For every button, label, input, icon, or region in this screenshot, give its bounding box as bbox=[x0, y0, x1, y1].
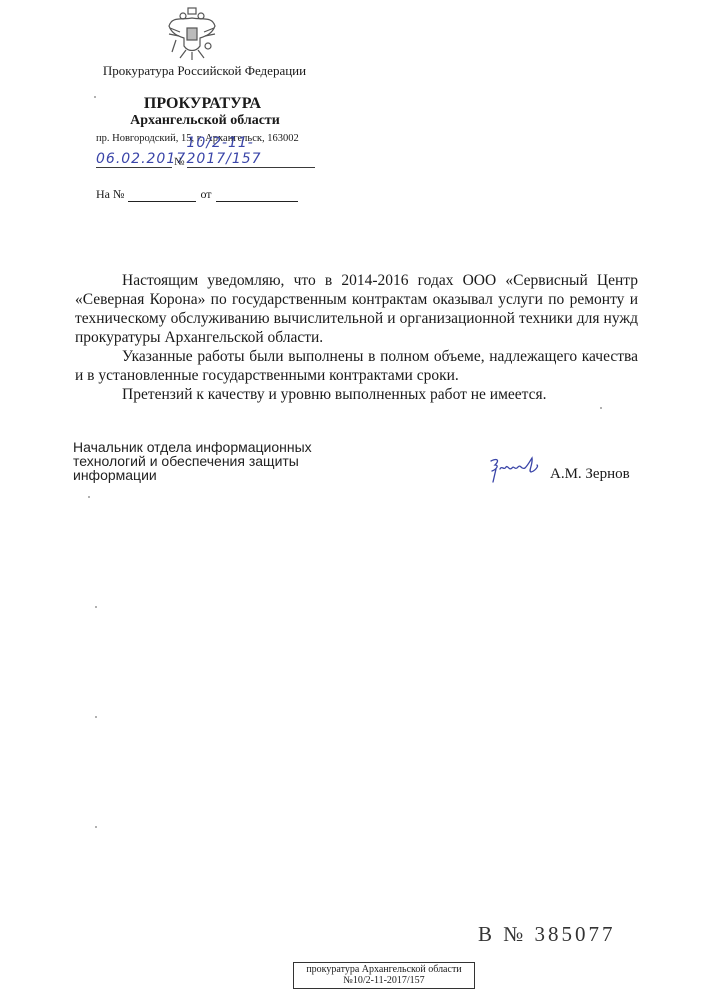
reference-number-blank bbox=[128, 191, 196, 202]
org-subtitle: Архангельской области bbox=[100, 113, 310, 129]
number-sign: № bbox=[174, 156, 185, 168]
signatory-title: Начальник отдела информационных технолог… bbox=[73, 440, 312, 482]
paragraph: Указанные работы были выполнены в полном… bbox=[75, 347, 638, 385]
signatory-title-line: технологий и обеспечения защиты bbox=[73, 454, 312, 468]
paragraph: Претензий к качеству и уровню выполненны… bbox=[75, 385, 638, 404]
registration-date: 06.02.2017 bbox=[96, 151, 172, 168]
stamp-line: прокуратура Архангельской области bbox=[294, 964, 474, 975]
registration-number: 10/2-11-2017/157 bbox=[187, 135, 315, 168]
agency-name: Прокуратура Российской Федерации bbox=[97, 63, 312, 79]
stamp-line: №10/2-11-2017/157 bbox=[294, 975, 474, 986]
paragraph: Настоящим уведомляю, что в 2014-2016 год… bbox=[75, 271, 638, 347]
signatory-title-line: Начальник отдела информационных bbox=[73, 440, 312, 454]
reference-date-blank bbox=[216, 191, 298, 202]
reference-label: На № bbox=[96, 187, 124, 202]
scan-speck bbox=[95, 606, 97, 608]
registration-line: 06.02.2017 № 10/2-11-2017/157 bbox=[96, 148, 315, 168]
letter-body: Настоящим уведомляю, что в 2014-2016 год… bbox=[75, 271, 638, 404]
scan-speck bbox=[94, 96, 96, 98]
handwritten-signature-icon bbox=[488, 455, 543, 485]
reference-line: На № от bbox=[96, 187, 298, 202]
registration-stamp: прокуратура Архангельской области №10/2-… bbox=[293, 962, 475, 989]
scan-speck bbox=[95, 826, 97, 828]
org-title: ПРОКУРАТУРА bbox=[120, 96, 285, 112]
reference-from-label: от bbox=[200, 187, 211, 202]
scan-speck bbox=[600, 407, 602, 409]
scan-speck bbox=[88, 496, 90, 498]
inventory-number: В № 385077 bbox=[478, 922, 616, 947]
signatory-name: А.М. Зернов bbox=[550, 466, 630, 483]
scan-speck bbox=[95, 716, 97, 718]
signatory-title-line: информации bbox=[73, 468, 312, 482]
coat-of-arms-icon bbox=[166, 6, 218, 62]
